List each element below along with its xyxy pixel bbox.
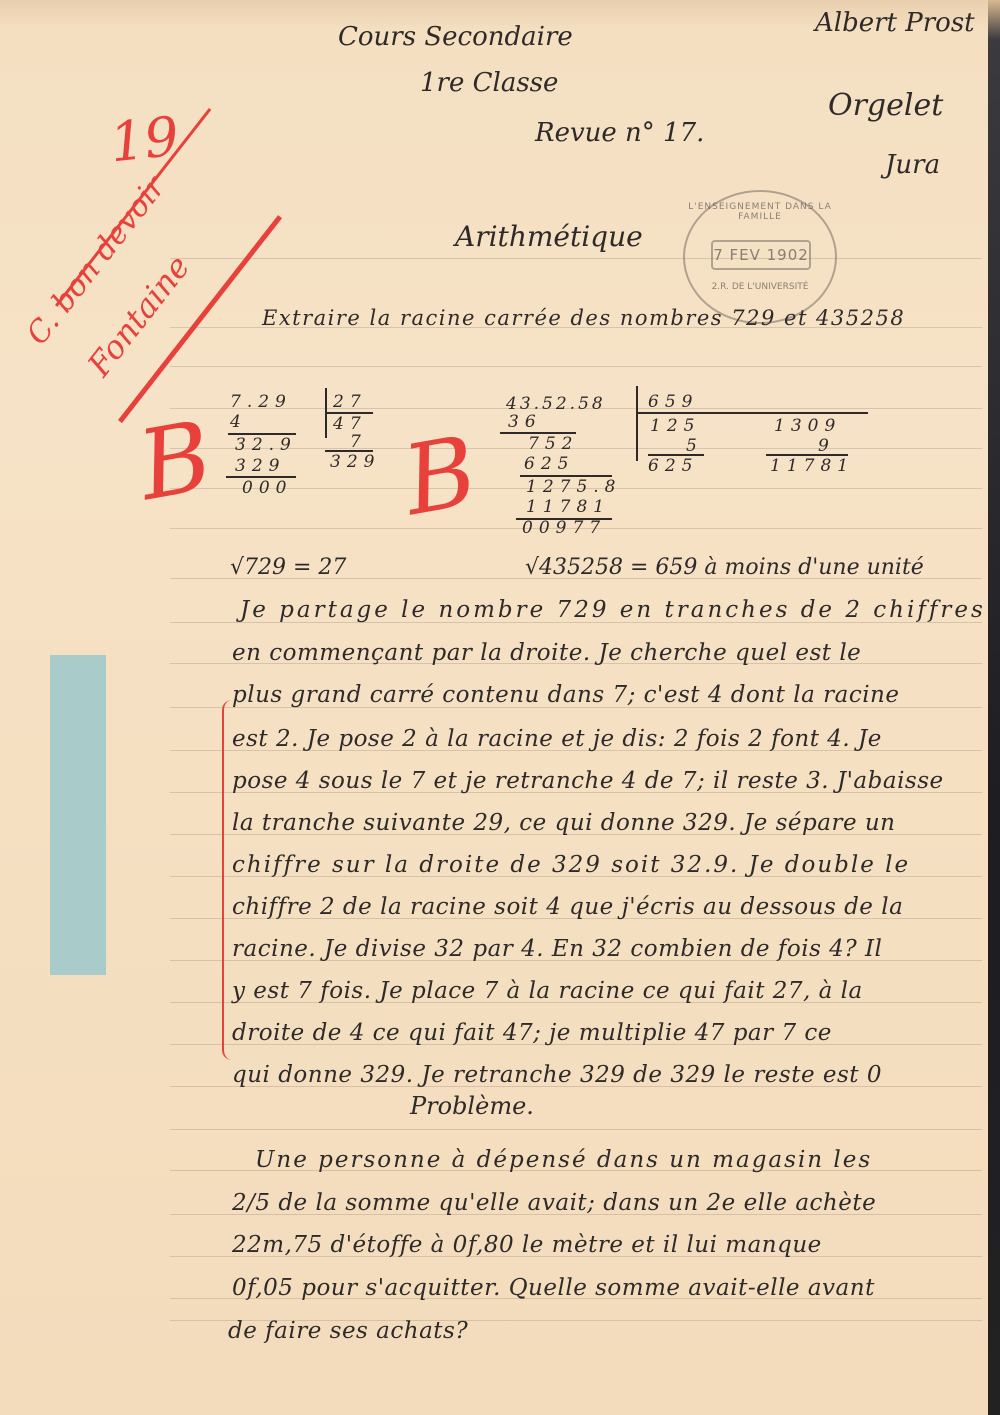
- calc-line: 00977: [522, 518, 606, 538]
- calc-line: 36: [508, 412, 542, 432]
- root-bar: [636, 386, 638, 461]
- text-line: pose 4 sous le 7 et je retranche 4 de 7;…: [232, 768, 944, 794]
- calc-line: 27: [333, 392, 367, 412]
- calc-line: 625: [524, 454, 574, 474]
- calc-line: 1309: [774, 416, 841, 436]
- text-line: droite de 4 ce qui fait 47; je multiplie…: [232, 1020, 832, 1046]
- review-number: Revue n° 17.: [535, 118, 704, 148]
- text-line: Je partage le nombre 729 en tranches de …: [240, 597, 986, 623]
- problem-title: Problème.: [410, 1092, 534, 1120]
- calc-line: 1275.8: [526, 477, 621, 497]
- section-title: Arithmétique: [455, 220, 643, 253]
- page-edge-shadow: [988, 0, 1000, 1415]
- calc-line: 7.29: [230, 392, 292, 412]
- class-label: 1re Classe: [420, 68, 558, 98]
- margin-bracket: [222, 700, 238, 1060]
- score: 19: [107, 105, 182, 175]
- calc-rule: [636, 412, 868, 414]
- text-line: la tranche suivante 29, ce qui donne 329…: [232, 810, 896, 836]
- ruled-line: [170, 258, 982, 259]
- calc-line: 11781: [526, 497, 610, 517]
- text-line: Une personne à dépensé dans un magasin l…: [255, 1147, 872, 1173]
- tape-strip: [50, 655, 106, 975]
- mark-b-2: B: [396, 415, 485, 538]
- calc-line: 11781: [770, 456, 854, 476]
- root-value: 659: [648, 392, 698, 412]
- document-page: Cours Secondaire 1re Classe Revue n° 17.…: [0, 0, 1000, 1415]
- text-line: chiffre sur la droite de 329 soit 32.9. …: [232, 852, 910, 878]
- student-name: Albert Prost: [815, 8, 975, 38]
- text-line: est 2. Je pose 2 à la racine et je dis: …: [232, 726, 882, 752]
- stamp-date: 7 FEV 1902: [711, 240, 811, 270]
- calc-line: 329: [235, 456, 285, 476]
- result-729: √729 = 27: [230, 555, 346, 580]
- calc-line: 47: [333, 414, 367, 434]
- text-line: de faire ses achats?: [228, 1318, 468, 1344]
- mark-b-1: B: [131, 400, 220, 523]
- exercise-prompt: Extraire la racine carrée des nombres 72…: [262, 306, 905, 330]
- text-line: chiffre 2 de la racine soit 4 que j'écri…: [232, 894, 903, 920]
- text-line: plus grand carré contenu dans 7; c'est 4…: [232, 682, 899, 708]
- calc-line: 9: [818, 436, 835, 456]
- text-line: 22m,75 d'étoffe à 0f,80 le mètre et il l…: [232, 1232, 822, 1258]
- region: Jura: [885, 150, 940, 180]
- stamp-ring-text: L'ENSEIGNEMENT DANS LA FAMILLE: [685, 202, 835, 222]
- calc-line: 752: [528, 434, 578, 454]
- calc-line: 4: [230, 412, 247, 432]
- calc-line: 5: [686, 436, 703, 456]
- calc-line: 43.52.58: [506, 394, 606, 414]
- text-line: en commençant par la droite. Je cherche …: [232, 640, 861, 666]
- calc-line: 625: [648, 456, 698, 476]
- stamp-bottom-text: 2.R. DE L'UNIVERSITÉ: [685, 282, 835, 292]
- text-line: 0f,05 pour s'acquitter. Quelle somme ava…: [232, 1275, 875, 1301]
- course-title: Cours Secondaire: [338, 22, 573, 52]
- town: Orgelet: [828, 88, 943, 123]
- ruled-line: [170, 1129, 982, 1130]
- calc-line: 125: [650, 416, 700, 436]
- text-line: qui donne 329. Je retranche 329 de 329 l…: [232, 1062, 882, 1088]
- ruled-line: [170, 366, 982, 367]
- calc-line: 329: [330, 452, 380, 472]
- calc-line: 000: [242, 478, 292, 498]
- result-435258: √435258 = 659 à moins d'une unité: [525, 555, 924, 580]
- calc-line: 7: [350, 432, 367, 452]
- text-line: racine. Je divise 32 par 4. En 32 combie…: [232, 936, 882, 962]
- calc-line: 32.9: [235, 435, 297, 455]
- text-line: y est 7 fois. Je place 7 à la racine ce …: [232, 978, 863, 1004]
- text-line: 2/5 de la somme qu'elle avait; dans un 2…: [232, 1190, 876, 1216]
- date-stamp: L'ENSEIGNEMENT DANS LA FAMILLE 7 FEV 190…: [683, 190, 837, 324]
